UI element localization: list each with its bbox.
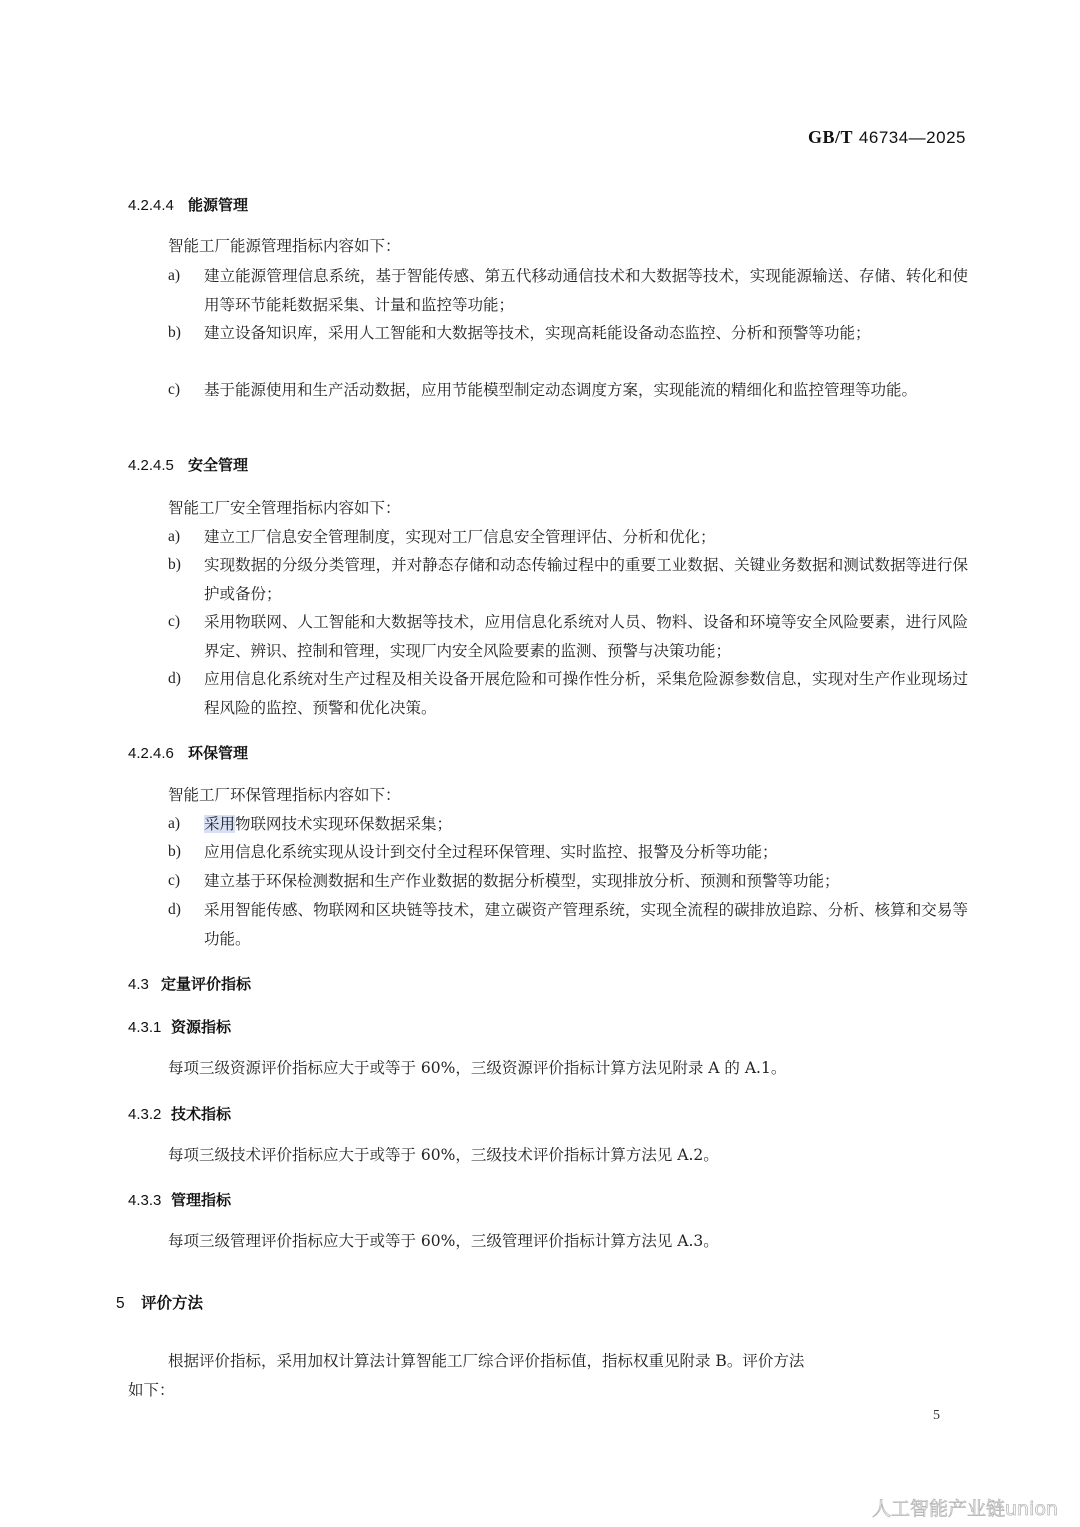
list-item: a) 采用物联网技术实现环保数据采集； bbox=[168, 810, 968, 839]
body-4-3-3: 每项三级管理评价指标应大于或等于 60%，三级管理评价指标计算方法见 A.3。 bbox=[168, 1227, 968, 1255]
heading-4-3: 4.3定量评价指标 bbox=[128, 973, 251, 994]
heading-4-2-4-6: 4.2.4.6环保管理 bbox=[128, 742, 248, 763]
standard-prefix: GB/T bbox=[808, 127, 853, 147]
standard-number: GB/T 46734—2025 bbox=[808, 127, 966, 148]
heading-4-3-1: 4.3.1资源指标 bbox=[128, 1016, 231, 1037]
heading-4-3-2: 4.3.2技术指标 bbox=[128, 1103, 231, 1124]
intro-environment: 智能工厂环保管理指标内容如下： bbox=[168, 781, 968, 809]
list-item: c) 基于能源使用和生产活动数据，应用节能模型制定动态调度方案，实现能流的精细化… bbox=[168, 376, 968, 405]
list-item: d) 采用智能传感、物联网和区块链等技术，建立碳资产管理系统，实现全流程的碳排放… bbox=[168, 896, 968, 953]
watermark: 人工智能产业链union bbox=[872, 1494, 1058, 1521]
intro-safety: 智能工厂安全管理指标内容如下： bbox=[168, 494, 968, 522]
intro-energy: 智能工厂能源管理指标内容如下： bbox=[168, 232, 968, 260]
body-4-3-2: 每项三级技术评价指标应大于或等于 60%，三级技术评价指标计算方法见 A.2。 bbox=[168, 1141, 968, 1169]
list-item: a) 建立工厂信息安全管理制度，实现对工厂信息安全管理评估、分析和优化； bbox=[168, 523, 968, 552]
list-item: d) 应用信息化系统对生产过程及相关设备开展危险和可操作性分析，采集危险源参数信… bbox=[168, 665, 968, 722]
standard-code: 46734—2025 bbox=[859, 128, 966, 147]
body-5-line1: 根据评价指标，采用加权计算法计算智能工厂综合评价指标值，指标权重见附录 B。评价… bbox=[168, 1347, 968, 1375]
heading-4-2-4-4: 4.2.4.4能源管理 bbox=[128, 194, 248, 215]
document-page: GB/T 46734—2025 4.2.4.4能源管理 智能工厂能源管理指标内容… bbox=[0, 0, 1080, 1527]
heading-4-2-4-5: 4.2.4.5安全管理 bbox=[128, 454, 248, 475]
list-item: b) 实现数据的分级分类管理，并对静态存储和动态传输过程中的重要工业数据、关键业… bbox=[168, 551, 968, 608]
list-item: a) 建立能源管理信息系统，基于智能传感、第五代移动通信技术和大数据等技术，实现… bbox=[168, 262, 968, 319]
page-number: 5 bbox=[933, 1408, 940, 1424]
list-item: c) 采用物联网、人工智能和大数据等技术，应用信息化系统对人员、物料、设备和环境… bbox=[168, 608, 968, 665]
list-item: b) 应用信息化系统实现从设计到交付全过程环保管理、实时监控、报警及分析等功能； bbox=[168, 838, 968, 867]
heading-4-3-3: 4.3.3管理指标 bbox=[128, 1189, 231, 1210]
body-5-line2: 如下： bbox=[128, 1376, 928, 1404]
body-4-3-1: 每项三级资源评价指标应大于或等于 60%，三级资源评价指标计算方法见附录 A 的… bbox=[168, 1054, 968, 1082]
heading-5: 5评价方法 bbox=[116, 1291, 203, 1313]
list-item: b) 建立设备知识库，采用人工智能和大数据等技术，实现高耗能设备动态监控、分析和… bbox=[168, 319, 968, 348]
text-selection-highlight: 采用 bbox=[204, 815, 235, 833]
list-item: c) 建立基于环保检测数据和生产作业数据的数据分析模型，实现排放分析、预测和预警… bbox=[168, 867, 968, 896]
